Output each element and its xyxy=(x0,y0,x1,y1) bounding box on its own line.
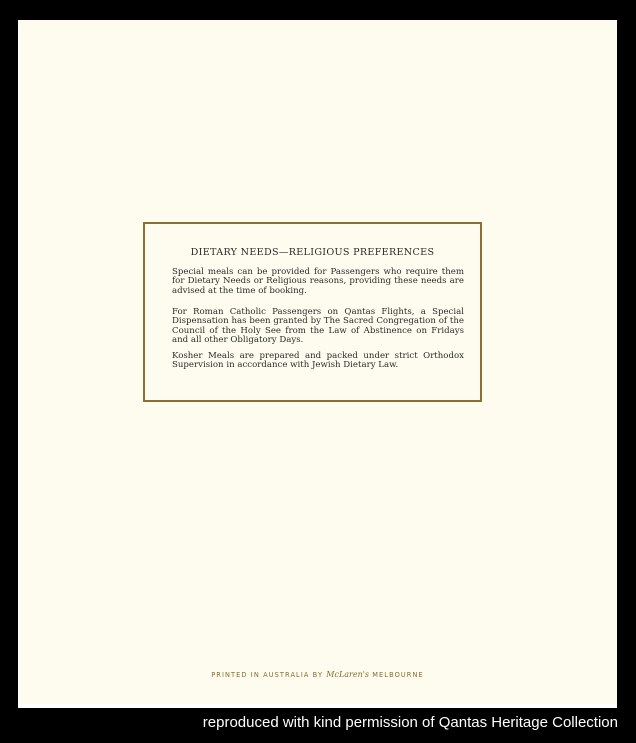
permission-caption: reproduced with kind permission of Qanta… xyxy=(203,714,618,731)
printer-suffix: MELBOURNE xyxy=(369,671,424,679)
notice-box: DIETARY NEEDS—RELIGIOUS PREFERENCES Spec… xyxy=(143,222,482,402)
paragraph-special-meals: Special meals can be provided for Passen… xyxy=(172,268,464,296)
printer-logo: McLaren's xyxy=(326,670,369,679)
paper-page: DIETARY NEEDS—RELIGIOUS PREFERENCES Spec… xyxy=(18,20,617,708)
notice-title: DIETARY NEEDS—RELIGIOUS PREFERENCES xyxy=(145,247,480,258)
printer-prefix: PRINTED IN AUSTRALIA BY xyxy=(211,671,326,679)
printer-imprint: PRINTED IN AUSTRALIA BY McLaren's MELBOU… xyxy=(18,670,617,679)
paragraph-catholic-dispensation: For Roman Catholic Passengers on Qantas … xyxy=(172,308,464,346)
paragraph-kosher-meals: Kosher Meals are prepared and packed und… xyxy=(172,352,464,371)
